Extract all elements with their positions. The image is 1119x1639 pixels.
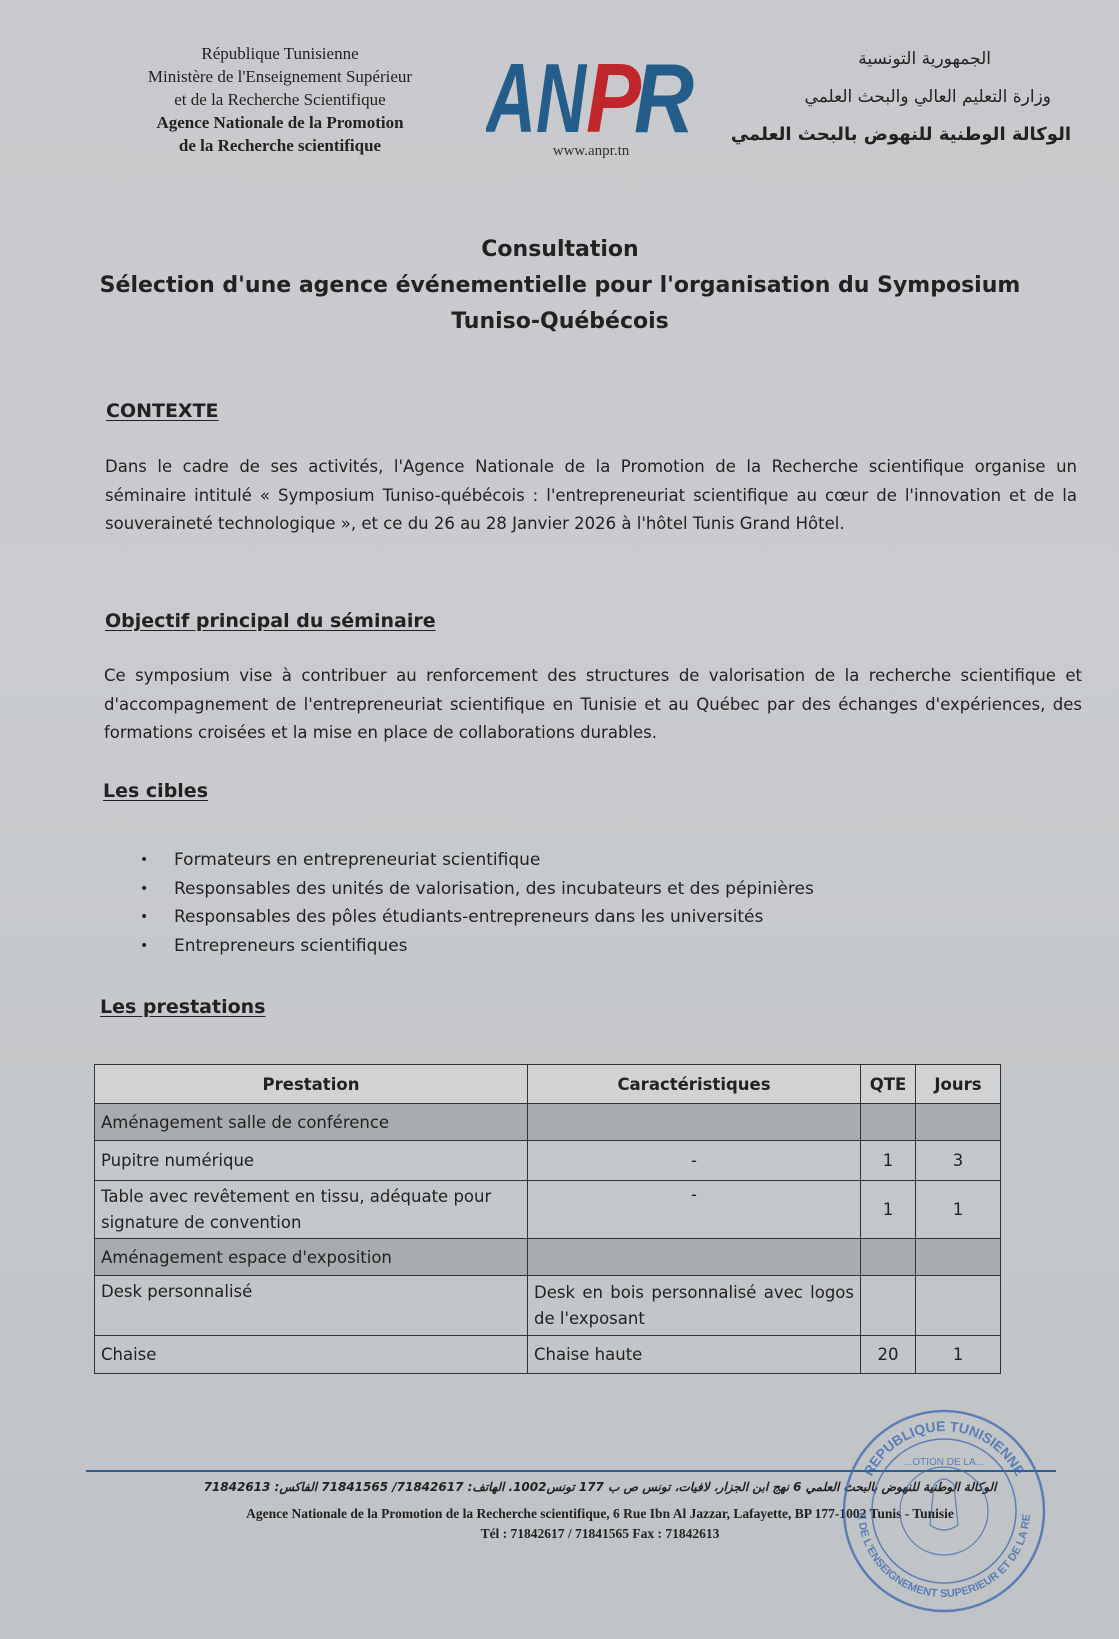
objectif-paragraph: Ce symposium vise à contribuer au renfor… (104, 662, 1082, 748)
col-qte: QTE (861, 1065, 916, 1104)
header-ar-ministere: وزارة التعليم العالي والبحث العلمي (711, 78, 1071, 116)
header-arabic-block: الجمهورية التونسية وزارة التعليم العالي … (711, 40, 1071, 154)
header-line-agence-2: de la Recherche scientifique (100, 134, 460, 157)
anpr-logo: AN P R (486, 52, 706, 144)
header-line-recherche: et de la Recherche Scientifique (100, 88, 460, 111)
svg-text:...OTION DE LA...: ...OTION DE LA... (904, 1457, 984, 1468)
bullet-icon: • (140, 932, 148, 961)
table-row-group: Aménagement salle de conférence (95, 1104, 1001, 1141)
bullet-icon: • (140, 846, 148, 875)
cibles-list: •Formateurs en entrepreneuriat scientifi… (140, 846, 814, 960)
bullet-icon: • (140, 875, 148, 904)
bullet-icon: • (140, 903, 148, 932)
official-stamp-icon: REPUBLIQUE TUNISIENNE MINISTERE DE L'ENS… (838, 1405, 1050, 1617)
table-header-row: Prestation Caractéristiques QTE Jours (95, 1065, 1001, 1104)
document-title: Consultation Sélection d'une agence évén… (60, 232, 1060, 340)
list-item: •Responsables des unités de valorisation… (140, 875, 814, 904)
logo-url: www.anpr.tn (486, 143, 696, 160)
list-item: •Formateurs en entrepreneuriat scientifi… (140, 846, 814, 875)
header-french-block: République Tunisienne Ministère de l'Ens… (100, 42, 460, 157)
prestations-table: Prestation Caractéristiques QTE Jours Am… (94, 1064, 1001, 1374)
list-item: •Entrepreneurs scientifiques (140, 932, 814, 961)
header-line-republique: République Tunisienne (100, 42, 460, 65)
header-ar-agence: الوكالة الوطنية للنهوض بالبحث العلمي (711, 116, 1071, 154)
heading-objectif: Objectif principal du séminaire (105, 610, 436, 632)
svg-text:AN: AN (486, 52, 588, 144)
header-ar-republique: الجمهورية التونسية (711, 40, 1071, 78)
table-row: Pupitre numérique - 1 3 (95, 1141, 1001, 1181)
heading-cibles: Les cibles (103, 780, 208, 802)
contexte-paragraph: Dans le cadre de ses activités, l'Agence… (105, 453, 1077, 539)
col-prestation: Prestation (95, 1065, 528, 1104)
heading-prestations: Les prestations (100, 996, 265, 1018)
table-row-group: Aménagement espace d'exposition (95, 1239, 1001, 1276)
table-row: Chaise Chaise haute 20 1 (95, 1336, 1001, 1374)
header-line-ministere: Ministère de l'Enseignement Supérieur (100, 65, 460, 88)
title-consultation: Consultation (60, 232, 1060, 268)
svg-text:R: R (634, 52, 694, 144)
list-item: •Responsables des pôles étudiants-entrep… (140, 903, 814, 932)
table-row: Table avec revêtement en tissu, adéquate… (95, 1181, 1001, 1239)
col-caracteristiques: Caractéristiques (528, 1065, 861, 1104)
header-line-agence: Agence Nationale de la Promotion (100, 111, 460, 134)
title-symposium: Tuniso-Québécois (60, 304, 1060, 340)
title-selection: Sélection d'une agence événementielle po… (60, 268, 1060, 304)
col-jours: Jours (916, 1065, 1001, 1104)
heading-contexte: CONTEXTE (106, 400, 219, 422)
table-row: Desk personnalisé Desk en bois personnal… (95, 1276, 1001, 1336)
